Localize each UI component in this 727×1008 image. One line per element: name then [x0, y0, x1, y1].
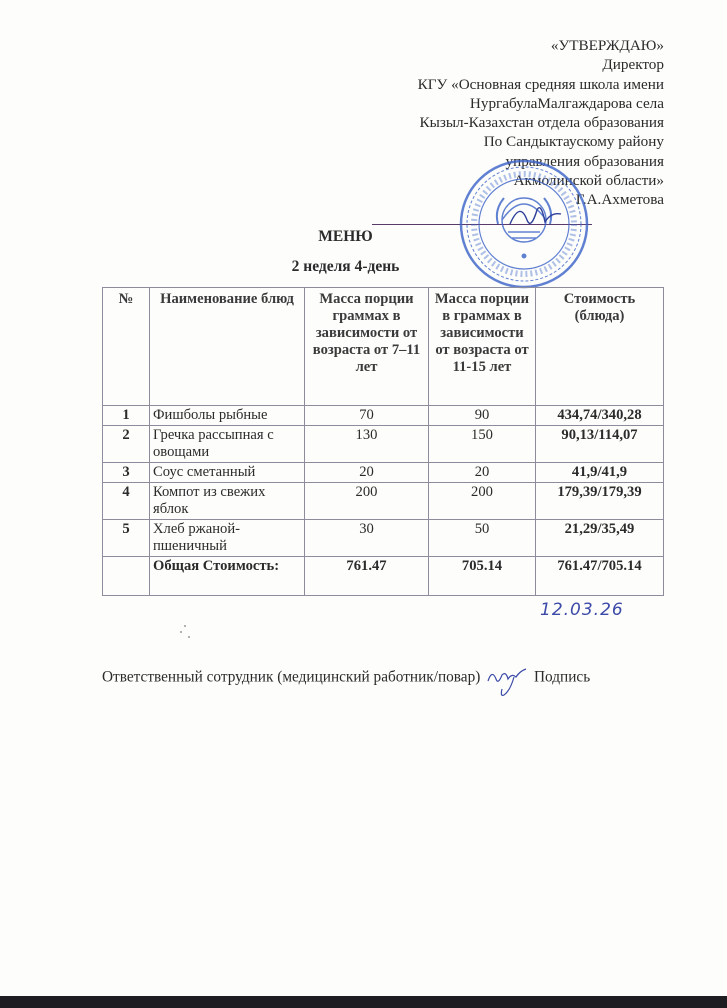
dish-name: Фишболы рыбные	[150, 406, 305, 426]
mass-11-15: 50	[429, 520, 536, 557]
scanner-edge	[0, 996, 727, 1008]
dish-cost: 21,29/35,49	[536, 520, 664, 557]
mass-7-11: 130	[305, 426, 429, 463]
row-number: 2	[103, 426, 150, 463]
approval-line: Кызыл-Казахстан отдела образования	[418, 113, 664, 132]
mass-7-11: 200	[305, 483, 429, 520]
approval-line: Директор	[418, 55, 664, 74]
scan-speck	[180, 631, 182, 633]
total-cost: 761.47/705.14	[536, 557, 664, 596]
mass-11-15: 200	[429, 483, 536, 520]
cook-signature-icon	[484, 667, 530, 697]
header-number: №	[103, 288, 150, 406]
table-row: 5 Хлеб ржаной-пшеничный 30 50 21,29/35,4…	[103, 520, 664, 557]
dish-cost: 434,74/340,28	[536, 406, 664, 426]
table-row: 2 Гречка рассыпная с овощами 130 150 90,…	[103, 426, 664, 463]
row-number: 1	[103, 406, 150, 426]
scan-speck	[184, 625, 186, 627]
menu-table: № Наименование блюд Масса порции граммах…	[102, 287, 664, 596]
table-row: 4 Компот из свежих яблок 200 200 179,39/…	[103, 483, 664, 520]
dish-cost: 90,13/114,07	[536, 426, 664, 463]
approval-line: КГУ «Основная средняя школа имени	[418, 75, 664, 94]
mass-11-15: 20	[429, 463, 536, 483]
page-title: МЕНЮ	[0, 228, 709, 246]
header-dish-name: Наименование блюд	[150, 288, 305, 406]
dish-name: Гречка рассыпная с овощами	[150, 426, 305, 463]
page-subtitle: 2 неделя 4-день	[0, 258, 709, 276]
total-7-11: 761.47	[305, 557, 429, 596]
signature-label: Подпись	[534, 669, 590, 686]
mass-7-11: 30	[305, 520, 429, 557]
responsible-label: Ответственный сотрудник (медицинский раб…	[102, 669, 480, 686]
header-cost: Стоимость (блюда)	[536, 288, 664, 406]
table-total-row: Общая Стоимость: 761.47 705.14 761.47/70…	[103, 557, 664, 596]
row-number: 5	[103, 520, 150, 557]
approval-line: «УТВЕРЖДАЮ»	[418, 36, 664, 55]
mass-7-11: 70	[305, 406, 429, 426]
header-mass-11-15: Масса порции в граммах в зависимости от …	[429, 288, 536, 406]
table-row: 3 Соус сметанный 20 20 41,9/41,9	[103, 463, 664, 483]
dish-name: Компот из свежих яблок	[150, 483, 305, 520]
dish-name: Хлеб ржаной-пшеничный	[150, 520, 305, 557]
header-mass-7-11: Масса порции граммах в зависимости от во…	[305, 288, 429, 406]
dish-cost: 41,9/41,9	[536, 463, 664, 483]
responsible-line: Ответственный сотрудник (медицинский раб…	[102, 663, 590, 693]
table-row: 1 Фишболы рыбные 70 90 434,74/340,28	[103, 406, 664, 426]
dish-name: Соус сметанный	[150, 463, 305, 483]
row-number: 3	[103, 463, 150, 483]
mass-11-15: 90	[429, 406, 536, 426]
total-11-15: 705.14	[429, 557, 536, 596]
table-header-row: № Наименование блюд Масса порции граммах…	[103, 288, 664, 406]
scan-speck	[188, 636, 190, 638]
approval-line: По Сандыктаускому району	[418, 132, 664, 151]
handwritten-date: 12.03.26	[540, 600, 624, 620]
approval-line: НургабулаМалгаждарова села	[418, 94, 664, 113]
mass-11-15: 150	[429, 426, 536, 463]
dish-cost: 179,39/179,39	[536, 483, 664, 520]
mass-7-11: 20	[305, 463, 429, 483]
total-empty-cell	[103, 557, 150, 596]
row-number: 4	[103, 483, 150, 520]
total-label: Общая Стоимость:	[150, 557, 305, 596]
